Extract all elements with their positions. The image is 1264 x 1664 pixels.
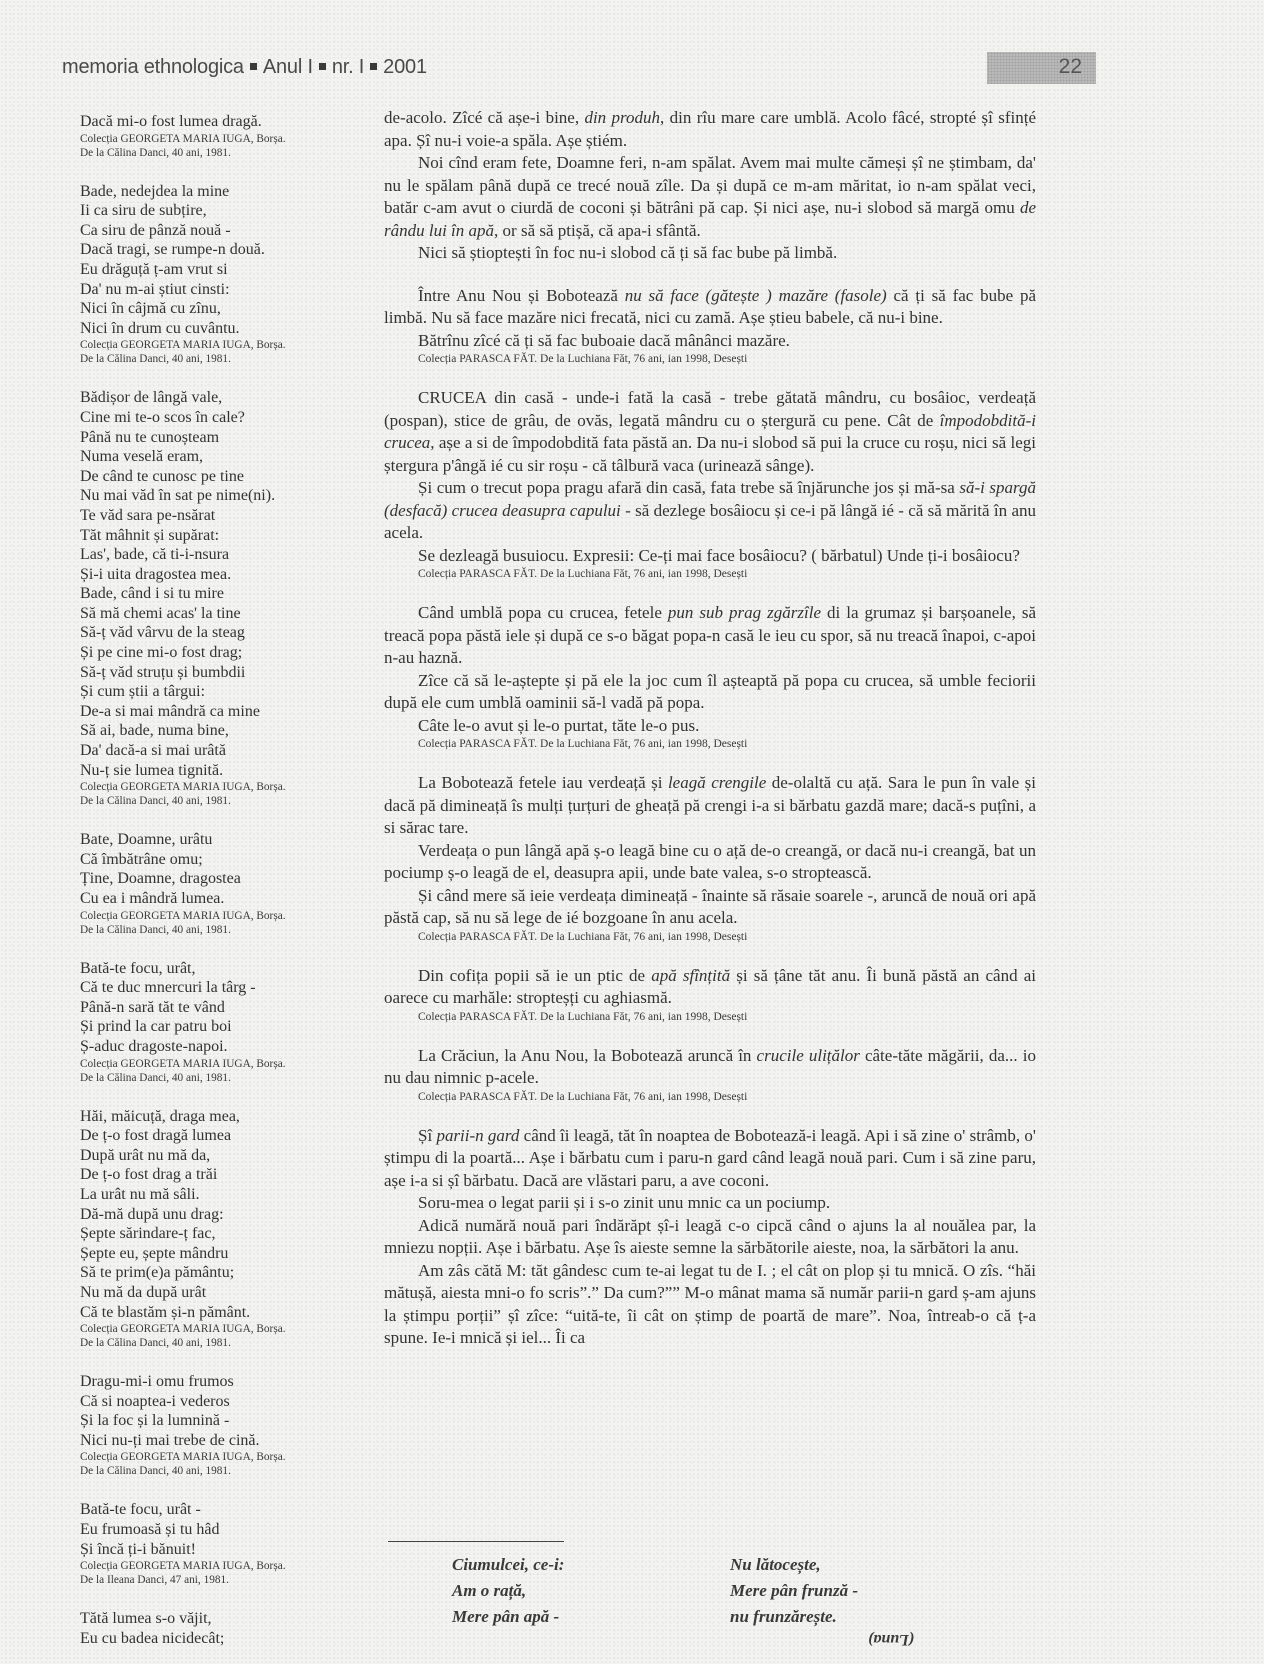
poem-line: Bade, când i si tu mire (80, 584, 360, 604)
poem-line: Bădișor de lângă vale, (80, 388, 360, 408)
poem-line: Să-ț văd vârvu de la steag (80, 623, 360, 643)
poem: Bată-te focu, urât, Că te duc mnercuri l… (80, 959, 360, 1085)
poem-line: Și-i uita dragostea mea. (80, 565, 360, 585)
poem-line: Ii ca siru de subțire, (80, 201, 360, 221)
text-run: Între Anu Nou și Bobotează (418, 286, 625, 305)
paragraph: Între Anu Nou și Bobotează nu să face (g… (384, 285, 1036, 330)
credit-line: Colecția GEORGETA MARIA IUGA, Borșa. (80, 1559, 360, 1573)
paragraph: Din cofița popii să ie un ptic de apă sf… (384, 965, 1036, 1010)
poem-line: După urât nu mă da, (80, 1146, 360, 1166)
paragraph: La Crăciun, la Anu Nou, la Bobotează aru… (384, 1045, 1036, 1090)
poem-line: Bată-te focu, urât - (80, 1500, 360, 1520)
paragraph: Am zâs cătă M: tăt gândesc cum te-ai leg… (384, 1260, 1036, 1350)
credit-line: Colecția GEORGETA MARIA IUGA, Borșa. (80, 780, 360, 794)
poem-line: Nici în câjmă cu zînu, (80, 299, 360, 319)
poem-line: Nu mă da după urât (80, 1283, 360, 1303)
italic-term: din produh (584, 108, 660, 127)
poem: Bade, nedejdea la mine Ii ca siru de sub… (80, 182, 360, 367)
credit-line: De la Călina Danci, 40 ani, 1981. (80, 794, 360, 808)
paragraph: Adică numără nouă pari îndărăpt șî-i lea… (384, 1215, 1036, 1260)
poem-line: Că te duc mnercuri la târg - (80, 978, 360, 998)
poem-line: Nu-ț sie lumea tignită. (80, 761, 360, 781)
italic-term: apă sfînțită (651, 966, 730, 985)
poem: Tătă lumea s-o văjit, Eu cu badea nicide… (80, 1609, 360, 1648)
paragraph: Verdeața o pun lângă apă ș-o leagă bine … (384, 840, 1036, 885)
poem-line: Nu mai văd în sat pe nime(ni). (80, 486, 360, 506)
square-bullet-icon (370, 63, 377, 70)
poem-line: Și cum știi a târgui: (80, 682, 360, 702)
riddle-line: Mere pân frunză - (730, 1578, 858, 1604)
poem-line: Dacă tragi, se rumpe-n două. (80, 240, 360, 260)
text-run: de-acolo. Zîcé că așe-i bine, (384, 108, 584, 127)
credit-line: Colecția GEORGETA MARIA IUGA, Borșa. (80, 1057, 360, 1071)
poem-line: Să ai, bade, numa bine, (80, 721, 360, 741)
poem-line: Dragu-mi-i omu frumos (80, 1372, 360, 1392)
poem-line: De ț-o fost drag a trăi (80, 1165, 360, 1185)
paragraph: Câte le-o avut și le-o purtat, tăte le-o… (384, 715, 1036, 738)
poem-line: Tătă lumea s-o văjit, (80, 1609, 360, 1629)
paragraph: Soru-mea o legat parii și i s-o zinit un… (384, 1192, 1036, 1215)
poem: Dragu-mi-i omu frumos Că si noaptea-i ve… (80, 1372, 360, 1478)
credit-line: Colecția GEORGETA MARIA IUGA, Borșa. (80, 1450, 360, 1464)
paragraph: La Bobotează fetele iau verdeață și leag… (384, 772, 1036, 840)
footnote-divider (388, 1541, 564, 1542)
journal-header: memoria ethnologicaAnul Inr. I2001 (62, 56, 427, 79)
paragraph: Se dezleagă busuiocu. Expresii: Ce-ți ma… (384, 545, 1036, 568)
riddle-column-1: Ciumulcei, ce-i: Am o rață, Mere pân apă… (452, 1552, 564, 1630)
riddle-answer-inverted: (Luna) (868, 1630, 914, 1648)
poem: Dacă mi-o fost lumea dragă. Colecția GEO… (80, 112, 360, 160)
poem-line: Eu cu badea nicidecât; (80, 1629, 360, 1649)
italic-term: crucile ulițălor (757, 1046, 860, 1065)
page-number-box: 22 (987, 52, 1096, 84)
poem-line: Și pe cine mi-o fost drag; (80, 643, 360, 663)
credit-line: Colecția GEORGETA MARIA IUGA, Borșa. (80, 132, 360, 146)
poem: Bată-te focu, urât - Eu frumoasă și tu h… (80, 1500, 360, 1587)
poem: Bădișor de lângă vale, Cine mi te-o scos… (80, 388, 360, 808)
italic-term: nu să face (gătește ) mazăre (fasole) (625, 286, 887, 305)
poem-line: Ca siru de pânză nouă - (80, 221, 360, 241)
poem-line: Dacă mi-o fost lumea dragă. (80, 112, 360, 132)
italic-term: parii-n gard (436, 1126, 519, 1145)
poem-line: Până-n sară tăt te vând (80, 998, 360, 1018)
poem-line: Și prind la car patru boi (80, 1017, 360, 1037)
year-label: Anul I (263, 56, 313, 78)
poem-line: Ș-aduc dragoste-napoi. (80, 1037, 360, 1057)
credit-line: De la Ileana Danci, 47 ani, 1981. (80, 1573, 360, 1587)
page-number: 22 (1059, 55, 1082, 79)
credit-line: Colecția PARASCA FĂT. De la Luchiana Făt… (384, 1090, 1036, 1105)
poem-line: Ține, Doamne, dragostea (80, 869, 360, 889)
poem-line: Eu frumoasă și tu hâd (80, 1520, 360, 1540)
text-run: Când umblă popa cu crucea, fetele (418, 603, 668, 622)
poem-line: Că te blastăm și-n pământ. (80, 1303, 360, 1323)
credit-line: Colecția GEORGETA MARIA IUGA, Borșa. (80, 909, 360, 923)
paragraph: de-acolo. Zîcé că așe-i bine, din produh… (384, 107, 1036, 152)
italic-term: leagă crengile (668, 773, 766, 792)
text-run: La Crăciun, la Anu Nou, la Bobotează aru… (418, 1046, 757, 1065)
running-header: memoria ethnologicaAnul Inr. I2001 22 (62, 56, 1096, 84)
riddle-line: Nu lătocește, (730, 1552, 858, 1578)
poem-line: Că îmbătrâne omu; (80, 850, 360, 870)
credit-line: Colecția PARASCA FĂT. De la Luchiana Făt… (384, 1010, 1036, 1025)
square-bullet-icon (250, 63, 257, 70)
poem-line: Șepte sărindare-ț fac, (80, 1224, 360, 1244)
poem-line: Să mă chemi acas' la tine (80, 604, 360, 624)
credit-line: De la Călina Danci, 40 ani, 1981. (80, 1071, 360, 1085)
poem-line: Hăi, măicuță, draga mea, (80, 1107, 360, 1127)
text-run: , așe a si de împodobdită fata păstă an.… (384, 433, 1036, 475)
text-run: Șî (418, 1126, 436, 1145)
poem-line: Să-ț văd struțu și bumbdii (80, 663, 360, 683)
paragraph: Noi cînd eram fete, Doamne feri, n-am sp… (384, 152, 1036, 242)
poem-line: De când te cunosc pe tine (80, 467, 360, 487)
poem: Hăi, măicuță, draga mea, De ț-o fost dra… (80, 1107, 360, 1351)
text-run: CRUCEA din casă - unde-i fată la casă - … (384, 388, 1036, 430)
poem-line: Șepte eu, șepte mândru (80, 1244, 360, 1264)
poem-line: Numa veselă eram, (80, 447, 360, 467)
poem-line: Nici în drum cu cuvântu. (80, 319, 360, 339)
paragraph: Și când mere să ieie verdeața dimineață … (384, 885, 1036, 930)
poem-line: Cine mi te-o scos în cale? (80, 408, 360, 428)
riddle-line: Am o rață, (452, 1578, 564, 1604)
poem-line: Da' dacă-a si mai urâtă (80, 741, 360, 761)
poem-line: De ț-o fost dragă lumea (80, 1126, 360, 1146)
poem-line: Să te prim(e)a pământu; (80, 1263, 360, 1283)
text-run: Din cofița popii să ie un ptic de (418, 966, 651, 985)
credit-line: Colecția PARASCA FĂT. De la Luchiana Făt… (384, 352, 1036, 367)
paragraph: Bătrînu zîcé că ți să fac buboaie dacă m… (384, 330, 1036, 353)
poem-line: Că si noaptea-i vederos (80, 1392, 360, 1412)
poem-line: La urât nu mă sâli. (80, 1185, 360, 1205)
text-run: Și cum o trecut popa pragu afară din cas… (418, 478, 959, 497)
paragraph: Și cum o trecut popa pragu afară din cas… (384, 477, 1036, 545)
journal-title: memoria ethnologica (62, 56, 244, 78)
riddle-line: Ciumulcei, ce-i: (452, 1552, 564, 1578)
poem-line: Te văd sara pe-nsărat (80, 506, 360, 526)
poem-line: Nici nu-ți mai trebe de cină. (80, 1431, 360, 1451)
credit-line: Colecția PARASCA FĂT. De la Luchiana Făt… (384, 567, 1036, 582)
credit-line: De la Călina Danci, 40 ani, 1981. (80, 146, 360, 160)
poem-line: Până nu te cunoșteam (80, 428, 360, 448)
poem-line: Eu drăguță ț-am vrut si (80, 260, 360, 280)
riddle-line: Mere pân apă - (452, 1604, 564, 1630)
poem-line: Bată-te focu, urât, (80, 959, 360, 979)
right-column-prose: de-acolo. Zîcé că așe-i bine, din produh… (384, 107, 1036, 1350)
credit-line: Colecția PARASCA FĂT. De la Luchiana Făt… (384, 930, 1036, 945)
credit-line: Colecția GEORGETA MARIA IUGA, Borșa. (80, 338, 360, 352)
poem-line: Las', bade, că ti-i-nsura (80, 545, 360, 565)
credit-line: De la Călina Danci, 40 ani, 1981. (80, 1336, 360, 1350)
poem-line: Da' nu m-ai știut cinsti: (80, 280, 360, 300)
text-run: La Bobotează fetele iau verdeață și (418, 773, 668, 792)
credit-line: De la Călina Danci, 40 ani, 1981. (80, 352, 360, 366)
paragraph: CRUCEA din casă - unde-i fată la casă - … (384, 387, 1036, 477)
poem: Bate, Doamne, urâtu Că îmbătrâne omu; Ți… (80, 830, 360, 936)
paragraph: Nici să știoptești în foc nu-i slobod că… (384, 242, 1036, 265)
credit-line: De la Călina Danci, 40 ani, 1981. (80, 923, 360, 937)
issue-label: nr. I (332, 56, 364, 78)
poem-line: Tăt mâhnit și supărat: (80, 526, 360, 546)
poem-line: Cu ea i mândră lumea. (80, 889, 360, 909)
riddle-line: nu frunzărește. (730, 1604, 858, 1630)
credit-line: Colecția PARASCA FĂT. De la Luchiana Făt… (384, 737, 1036, 752)
italic-term: de rându lui în apă (384, 198, 1036, 240)
credit-line: Colecția GEORGETA MARIA IUGA, Borșa. (80, 1322, 360, 1336)
paragraph: Când umblă popa cu crucea, fetele pun su… (384, 602, 1036, 670)
paragraph: Șî parii-n gard când îi leagă, tăt în no… (384, 1125, 1036, 1193)
year: 2001 (383, 56, 427, 78)
poem-line: Și la foc și la lumnină - (80, 1411, 360, 1431)
italic-term: pun sub prag zgărzîle (668, 603, 821, 622)
poem-line: Bate, Doamne, urâtu (80, 830, 360, 850)
riddle-column-2: Nu lătocește, Mere pân frunză - nu frunz… (730, 1552, 858, 1630)
credit-line: De la Călina Danci, 40 ani, 1981. (80, 1464, 360, 1478)
poem-line: De-a si mai mândră ca mine (80, 702, 360, 722)
poem-line: Și încă ți-i bănuit! (80, 1540, 360, 1560)
paragraph: Zîce că să le-aștepte și pă ele la joc c… (384, 670, 1036, 715)
poem-line: Bade, nedejdea la mine (80, 182, 360, 202)
poem-line: Dă-mă după unu drag: (80, 1205, 360, 1225)
left-column-poems: Dacă mi-o fost lumea dragă. Colecția GEO… (80, 112, 360, 1664)
square-bullet-icon (319, 63, 326, 70)
